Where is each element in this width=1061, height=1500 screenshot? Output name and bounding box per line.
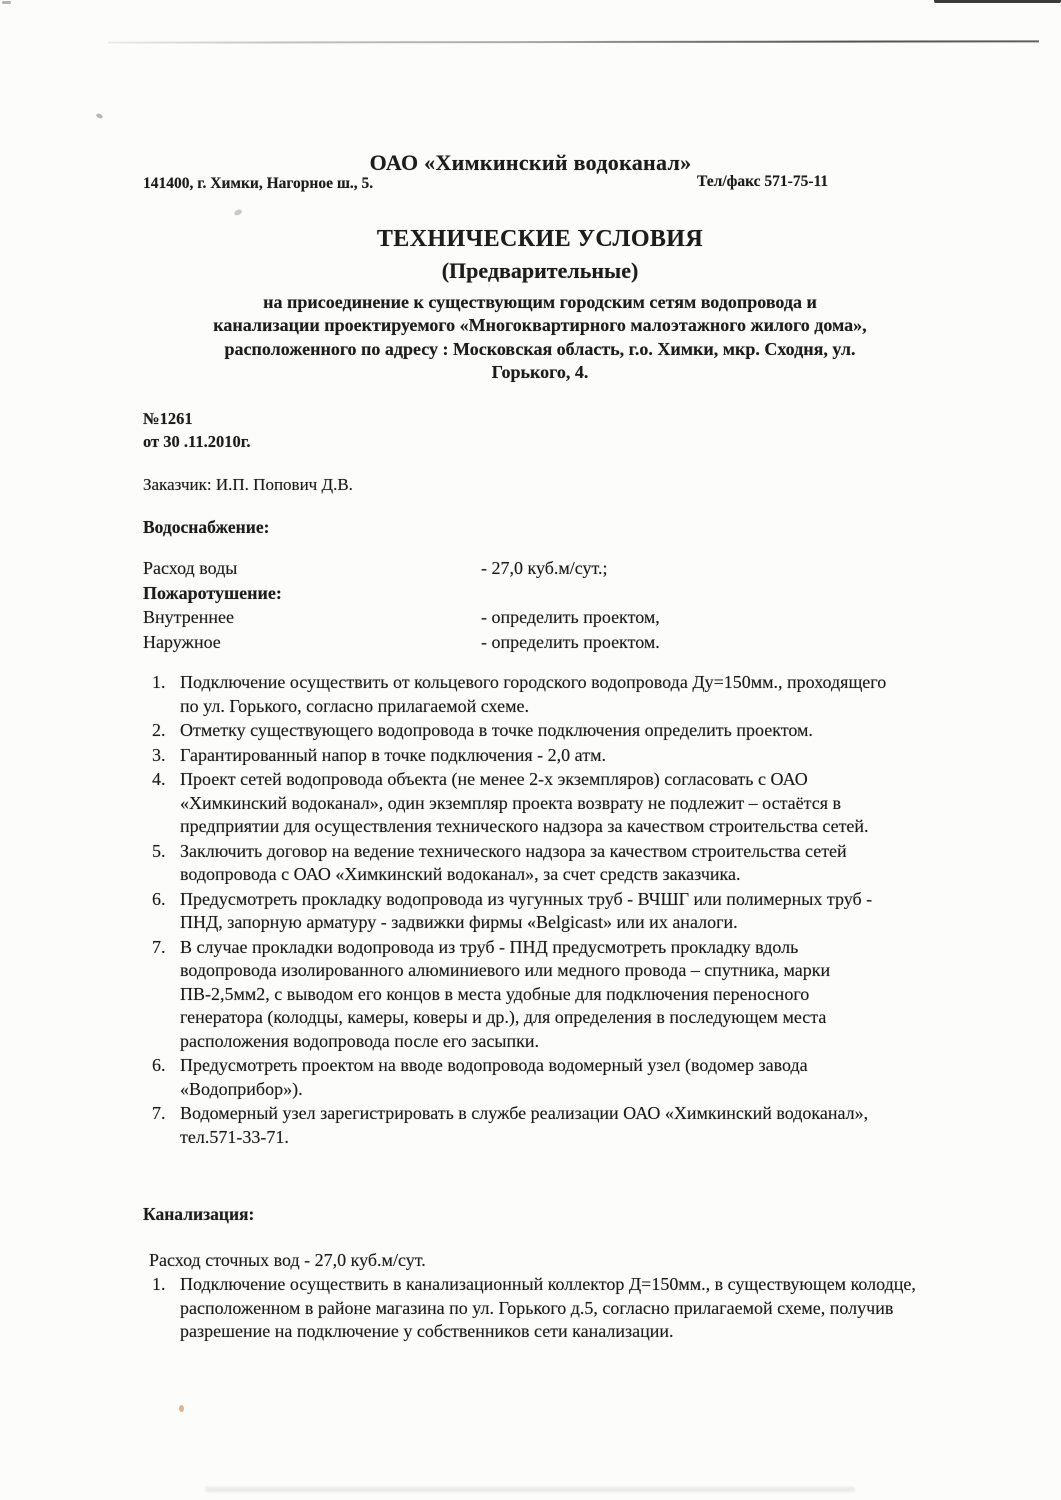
list-item-number: 1. [143,1273,180,1344]
water-supply-spec-table: Расход воды - 27,0 куб.м/сут.; Пожаротуш… [143,556,903,654]
spec-label: Расход воды [143,556,481,581]
list-item: 2. Отметку существующего водопровода в т… [143,719,895,743]
document-subtitle: (Предварительные) [140,258,940,284]
title-description-line: канализации проектируемого «Многоквартир… [130,314,950,337]
list-item: 7. В случае прокладки водопровода из тру… [143,936,895,1054]
scan-artifact-speck [2,1,11,4]
document-number-block: №1261 от 30 .11.2010г. [143,407,250,453]
sewerage-heading: Канализация: [143,1204,254,1225]
list-item: 1. Подключение осуществить от кольцевого… [143,671,895,718]
org-name: ОАО «Химкинский водоканал» [0,150,1061,176]
spec-row: Пожаротушение: [143,581,903,606]
list-item-text: Гарантированный напор в точке подключени… [180,744,895,768]
title-description-line: Горького, 4. [130,361,950,384]
list-item-number: 5. [143,840,180,887]
list-item-text: В случае прокладки водопровода из труб -… [180,936,895,1054]
spec-value: - определить проектом, [481,605,903,630]
title-description-line: на присоединение к существующим городски… [130,291,950,314]
spec-row: Наружное - определить проектом. [143,630,903,655]
document-date: от 30 .11.2010г. [143,430,250,453]
title-description-line: расположенного по адресу : Московская об… [130,338,950,361]
spec-label: Внутреннее [143,605,481,630]
list-item: 5. Заключить договор на ведение техничес… [143,840,895,887]
spec-value: - 27,0 куб.м/сут.; [481,556,903,581]
list-item-number: 6. [143,1054,180,1101]
org-phone: Тел/факс 571-75-11 [697,173,828,191]
list-item: 4. Проект сетей водопровода объекта (не … [143,768,895,839]
list-item: 6. Предусмотреть прокладку водопровода и… [143,888,895,935]
sewerage-list: 1. Подключение осуществить в канализацио… [143,1273,933,1345]
scanned-document-page: ОАО «Химкинский водоканал» 141400, г. Хи… [0,0,1061,1500]
spec-row: Расход воды - 27,0 куб.м/сут.; [143,556,903,581]
list-item-text: Заключить договор на ведение техническог… [180,840,895,887]
water-supply-heading: Водоснабжение: [143,517,269,538]
spec-label: Наружное [143,630,481,655]
list-item-number: 3. [143,744,180,768]
list-item-number: 7. [143,936,180,1054]
scan-artifact-speck [95,113,103,120]
list-item: 7. Водомерный узел зарегистрировать в сл… [143,1102,895,1149]
scan-artifact-speck [179,1405,184,1412]
list-item-number: 2. [143,719,180,743]
document-title-description: на присоединение к существующим городски… [130,291,950,384]
list-item-number: 4. [143,768,180,839]
scan-artifact-horizontal-line [108,40,1039,43]
list-item: 6. Предусмотреть проектом на вводе водоп… [143,1054,895,1101]
scan-artifact-smudge [205,1487,855,1492]
list-item-text: Проект сетей водопровода объекта (не мен… [180,768,895,839]
list-item-number: 1. [143,671,180,718]
list-item-text: Предусмотреть прокладку водопровода из ч… [180,888,895,935]
spec-row: Внутреннее - определить проектом, [143,605,903,630]
org-address: 141400, г. Химки, Нагорное ш., 5. [143,175,373,193]
list-item-text: Подключение осуществить в канализационны… [180,1273,933,1344]
list-item-text: Водомерный узел зарегистрировать в служб… [180,1102,895,1149]
customer-line: Заказчик: И.П. Попович Д.В. [143,475,353,495]
list-item-text: Предусмотреть проектом на вводе водопров… [180,1054,895,1101]
spec-label: Пожаротушение: [143,581,481,606]
list-item: 1. Подключение осуществить в канализацио… [143,1273,933,1344]
list-item-text: Отметку существующего водопровода в точк… [180,719,895,743]
spec-value [481,581,903,606]
list-item-text: Подключение осуществить от кольцевого го… [180,671,895,718]
list-item-number: 7. [143,1102,180,1149]
document-title: ТЕХНИЧЕСКИЕ УСЛОВИЯ [140,226,940,253]
sewage-flow-line: Расход сточных вод - 27,0 куб.м/сут. [149,1250,426,1271]
scan-artifact-top-edge-dash [934,0,1061,3]
scan-artifact-speck [233,209,242,216]
document-number: №1261 [143,407,250,430]
spec-value: - определить проектом. [481,630,903,655]
list-item-number: 6. [143,888,180,935]
water-supply-list: 1. Подключение осуществить от кольцевого… [143,671,895,1150]
list-item: 3. Гарантированный напор в точке подключ… [143,744,895,768]
